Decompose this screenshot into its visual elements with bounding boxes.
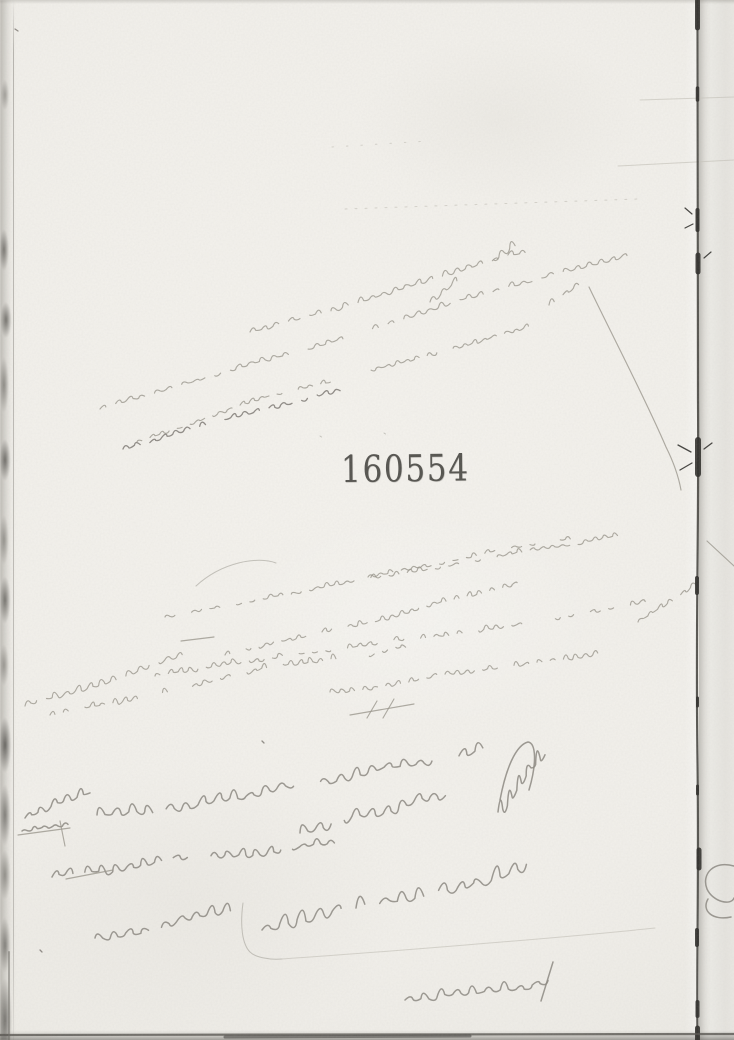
speck <box>384 433 386 434</box>
pencil-arc <box>196 560 276 586</box>
stitch-thread <box>704 252 711 258</box>
handwriting-stroke <box>25 653 182 706</box>
handwriting-stroke <box>638 583 695 622</box>
handwriting-stroke <box>50 645 406 715</box>
speck <box>40 950 42 952</box>
handwriting-stroke <box>100 254 627 409</box>
handwriting-stroke <box>123 389 340 449</box>
pencil-dash <box>181 637 214 641</box>
handwriting-stroke <box>155 600 645 676</box>
showthrough-line <box>345 199 638 209</box>
bottom-edge-line <box>0 1034 734 1035</box>
page-edge-marks <box>0 0 734 1040</box>
handwriting-stroke <box>405 980 548 1000</box>
showthrough-line <box>332 141 428 147</box>
handwriting-stroke <box>262 863 526 930</box>
handwriting-stroke <box>52 839 334 877</box>
handwriting-stroke <box>430 242 515 302</box>
speck <box>15 29 18 31</box>
handwriting-stroke <box>95 903 230 940</box>
handwriting-stroke <box>250 250 525 332</box>
handwriting-stroke <box>225 582 517 655</box>
paper-crease <box>640 97 734 100</box>
handwriting-tall-stroke <box>541 962 553 1001</box>
print-showthrough-marks <box>332 97 734 209</box>
pencil-bracket <box>242 903 282 959</box>
handwriting-stroke <box>300 794 445 833</box>
handwriting-layer <box>0 0 734 1040</box>
handwriting-stroke <box>549 283 579 305</box>
ink-specks <box>15 29 386 952</box>
pencil-curve-line <box>589 287 681 490</box>
pencil-faint-line <box>282 928 655 959</box>
accession-stamp-number: 160554 <box>341 449 470 488</box>
pencil-doodle <box>706 865 734 918</box>
pencil-strike <box>367 701 377 718</box>
paper-crease <box>618 160 734 166</box>
handwriting-stroke <box>97 743 483 816</box>
handwriting-stroke <box>165 533 618 617</box>
speck <box>262 741 264 743</box>
handwriting-loop <box>500 742 535 800</box>
handwriting-stroke <box>368 537 570 577</box>
bottom-edge-line <box>225 1036 470 1037</box>
handwriting-stroke <box>25 789 90 818</box>
pencil-strike <box>350 704 414 715</box>
pencil-diagonal <box>707 541 734 566</box>
handwriting-stroke <box>498 751 545 812</box>
page-edge-line <box>697 0 698 1040</box>
speck <box>320 436 322 437</box>
scanned-book-page: 160554 <box>0 0 734 1040</box>
pencil-block-middle <box>25 533 695 718</box>
pencil-block-lower <box>18 541 734 1001</box>
stitch-thread <box>685 208 693 228</box>
